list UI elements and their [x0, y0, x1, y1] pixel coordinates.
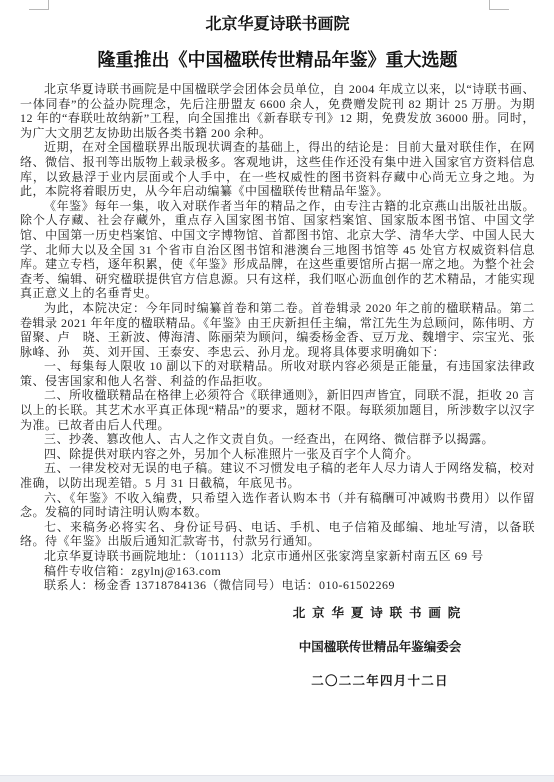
paragraph-background: 近期，在对全国楹联界出版现状调查的基础上，得出的结论是：目前大量对联佳作，在网络…: [20, 140, 535, 198]
paragraph-intro: 北京华夏诗联书画院是中国楹联学会团体会员单位，自 2004 年成立以来，以“诗联…: [20, 82, 535, 140]
document-page: 北京华夏诗联书画院 隆重推出《中国楹联传世精品年鉴》重大选题 北京华夏诗联书画院…: [0, 0, 554, 782]
bottom-edge-strip: [0, 775, 554, 782]
signature-committee: 中国楹联传世精品年鉴编委会: [225, 640, 535, 655]
signature-date: 二〇二二年四月十二日: [225, 674, 535, 689]
notice-item-7: 七、来稿务必将实名、身份证号码、电话、手机、电子信箱及邮编、地址写清，以备联络。…: [20, 520, 535, 549]
notice-item-2: 二、所收楹联精品在格律上必须符合《联律通则》，新旧四声皆宜，同联不混，拒收 20…: [20, 388, 535, 432]
signature-block: 北京华夏诗联书画院 中国楹联传世精品年鉴编委会 二〇二二年四月十二日: [20, 606, 535, 689]
page-subtitle: 隆重推出《中国楹联传世精品年鉴》重大选题: [20, 48, 535, 73]
paragraph-yearbook-plan: 《年鉴》每年一集，收入对联作者当年的精品之作，由专注古籍的北京燕山出版社出版。除…: [20, 199, 535, 301]
page-title: 北京华夏诗联书画院: [20, 13, 535, 36]
notice-item-6: 六、《年鉴》不收入编费，只希望入选作者认购本书（并有稿酬可冲减购书费用）以作留念…: [20, 491, 535, 520]
notice-item-3: 三、抄袭、篡改他人、古人之作文责自负。一经查出，在网络、微信群予以揭露。: [20, 432, 535, 447]
contact-email: 稿件专收信箱：zgylnj@163.com: [20, 564, 535, 579]
signature-org: 北京华夏诗联书画院: [225, 606, 535, 621]
document-body: 北京华夏诗联书画院 隆重推出《中国楹联传世精品年鉴》重大选题 北京华夏诗联书画院…: [0, 0, 554, 689]
notice-item-1: 一、每集每人限收 10 副以下的对联精品。所收对联内容必须是正能量，有违国家法律…: [20, 359, 535, 388]
notice-item-4: 四、除提供对联内容之外，另加个人标准照片一张及百字个人简介。: [20, 447, 535, 462]
contact-person: 联系人：杨金香 13718784136（微信同号）电话：010-61502269: [20, 578, 535, 593]
contact-address: 北京华夏诗联书画院地址：（101113）北京市通州区张家湾皇家新村南五区 69 …: [20, 549, 535, 564]
notice-text: 北京华夏诗联书画院是中国楹联学会团体会员单位，自 2004 年成立以来，以“诗联…: [20, 82, 535, 593]
paragraph-editorial-board: 为此，本院决定：今年同时编纂首卷和第二卷。首卷辑录 2020 年之前的楹联精品。…: [20, 301, 535, 359]
notice-item-5: 五、一律发校对无误的电子稿。建议不习惯发电子稿的老年人尽力请人于网络发稿，校对准…: [20, 461, 535, 490]
